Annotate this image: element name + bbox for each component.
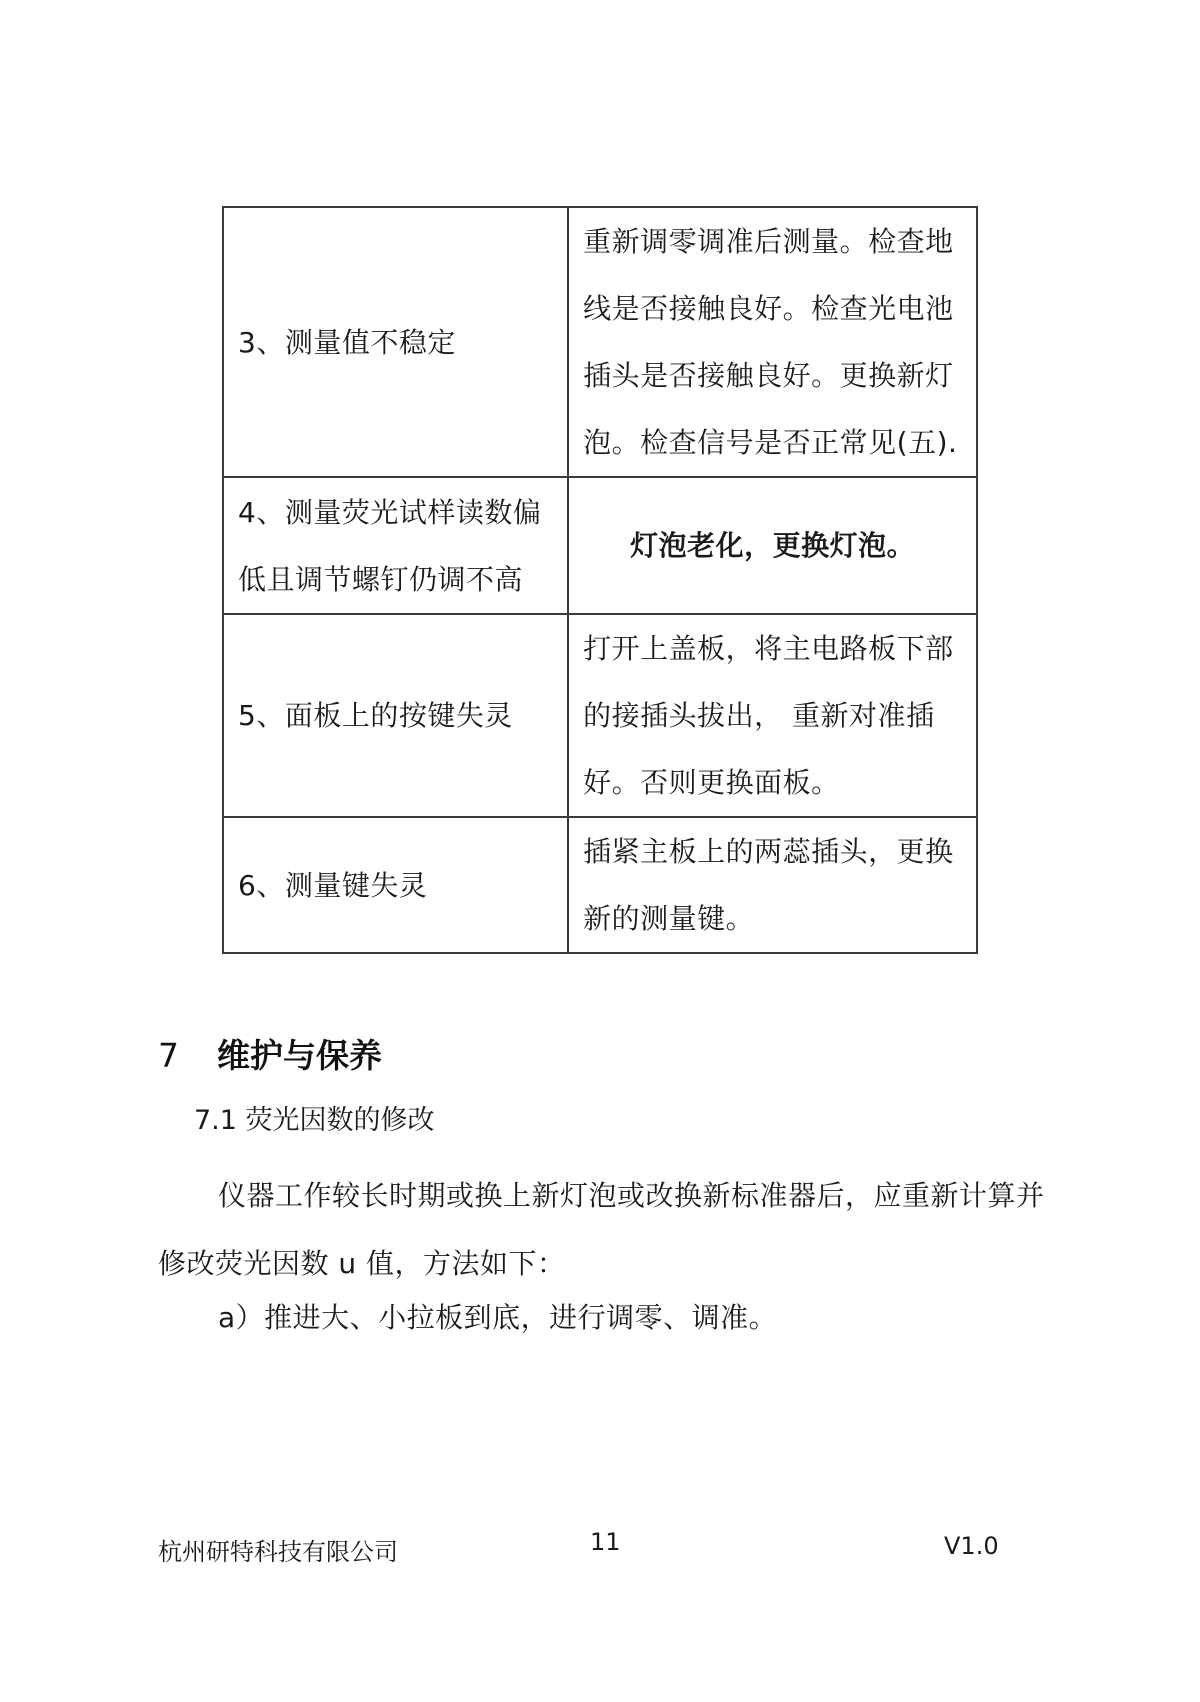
problem-text: 3、测量值不稳定 xyxy=(238,309,553,376)
document-page: 3、测量值不稳定 重新调零调准后测量。检查地 线是否接触良好。检查光电池 插头是… xyxy=(0,0,1200,1702)
footer-version: V1.0 xyxy=(944,1532,999,1560)
solution-cell: 打开上盖板，将主电路板下部 的接插头拔出， 重新对准插 好。否则更换面板。 xyxy=(568,614,977,817)
subsection-heading: 7.1 荧光因数的修改 xyxy=(194,1098,435,1137)
solution-line: 好。否则更换面板。 xyxy=(583,749,962,816)
solution-line: 新的测量键。 xyxy=(583,885,962,952)
troubleshooting-table: 3、测量值不稳定 重新调零调准后测量。检查地 线是否接触良好。检查光电池 插头是… xyxy=(222,206,978,954)
section-number: 7 xyxy=(158,1036,179,1075)
solution-line: 重新调零调准后测量。检查地 xyxy=(583,208,962,275)
footer-company: 杭州研特科技有限公司 xyxy=(158,1532,398,1567)
step-item: a）推进大、小拉板到底，进行调零、调准。 xyxy=(218,1296,1118,1336)
solution-line: 线是否接触良好。检查光电池 xyxy=(583,275,962,342)
solution-line: 的接插头拔出， 重新对准插 xyxy=(583,682,962,749)
problem-line: 低且调节螺钉仍调不高 xyxy=(238,546,553,613)
section-title: 维护与保养 xyxy=(217,1036,382,1075)
table-row: 6、测量键失灵 插紧主板上的两蕊插头，更换 新的测量键。 xyxy=(223,817,977,953)
solution-text: 灯泡老化，更换灯泡。 xyxy=(583,512,962,579)
problem-cell: 4、测量荧光试样读数偏 低且调节螺钉仍调不高 xyxy=(223,477,568,614)
body-paragraph: 仪器工作较长时期或换上新灯泡或改换新标准器后，应重新计算并修改荧光因数 u 值，… xyxy=(158,1162,1058,1298)
problem-text: 6、测量键失灵 xyxy=(238,852,553,919)
problem-cell: 5、面板上的按键失灵 xyxy=(223,614,568,817)
solution-cell: 灯泡老化，更换灯泡。 xyxy=(568,477,977,614)
solution-line: 打开上盖板，将主电路板下部 xyxy=(583,615,962,682)
problem-cell: 3、测量值不稳定 xyxy=(223,207,568,477)
table-row: 3、测量值不稳定 重新调零调准后测量。检查地 线是否接触良好。检查光电池 插头是… xyxy=(223,207,977,477)
table-row: 5、面板上的按键失灵 打开上盖板，将主电路板下部 的接插头拔出， 重新对准插 好… xyxy=(223,614,977,817)
problem-line: 4、测量荧光试样读数偏 xyxy=(238,479,553,546)
problem-cell: 6、测量键失灵 xyxy=(223,817,568,953)
table-row: 4、测量荧光试样读数偏 低且调节螺钉仍调不高 灯泡老化，更换灯泡。 xyxy=(223,477,977,614)
page-number: 11 xyxy=(590,1528,621,1556)
solution-cell: 插紧主板上的两蕊插头，更换 新的测量键。 xyxy=(568,817,977,953)
solution-cell: 重新调零调准后测量。检查地 线是否接触良好。检查光电池 插头是否接触良好。更换新… xyxy=(568,207,977,477)
solution-line: 插头是否接触良好。更换新灯 xyxy=(583,342,962,409)
solution-line: 泡。检查信号是否正常见(五). xyxy=(583,409,962,476)
problem-text: 5、面板上的按键失灵 xyxy=(238,682,553,749)
section-heading: 7维护与保养 xyxy=(158,1030,382,1077)
solution-line: 插紧主板上的两蕊插头，更换 xyxy=(583,818,962,885)
